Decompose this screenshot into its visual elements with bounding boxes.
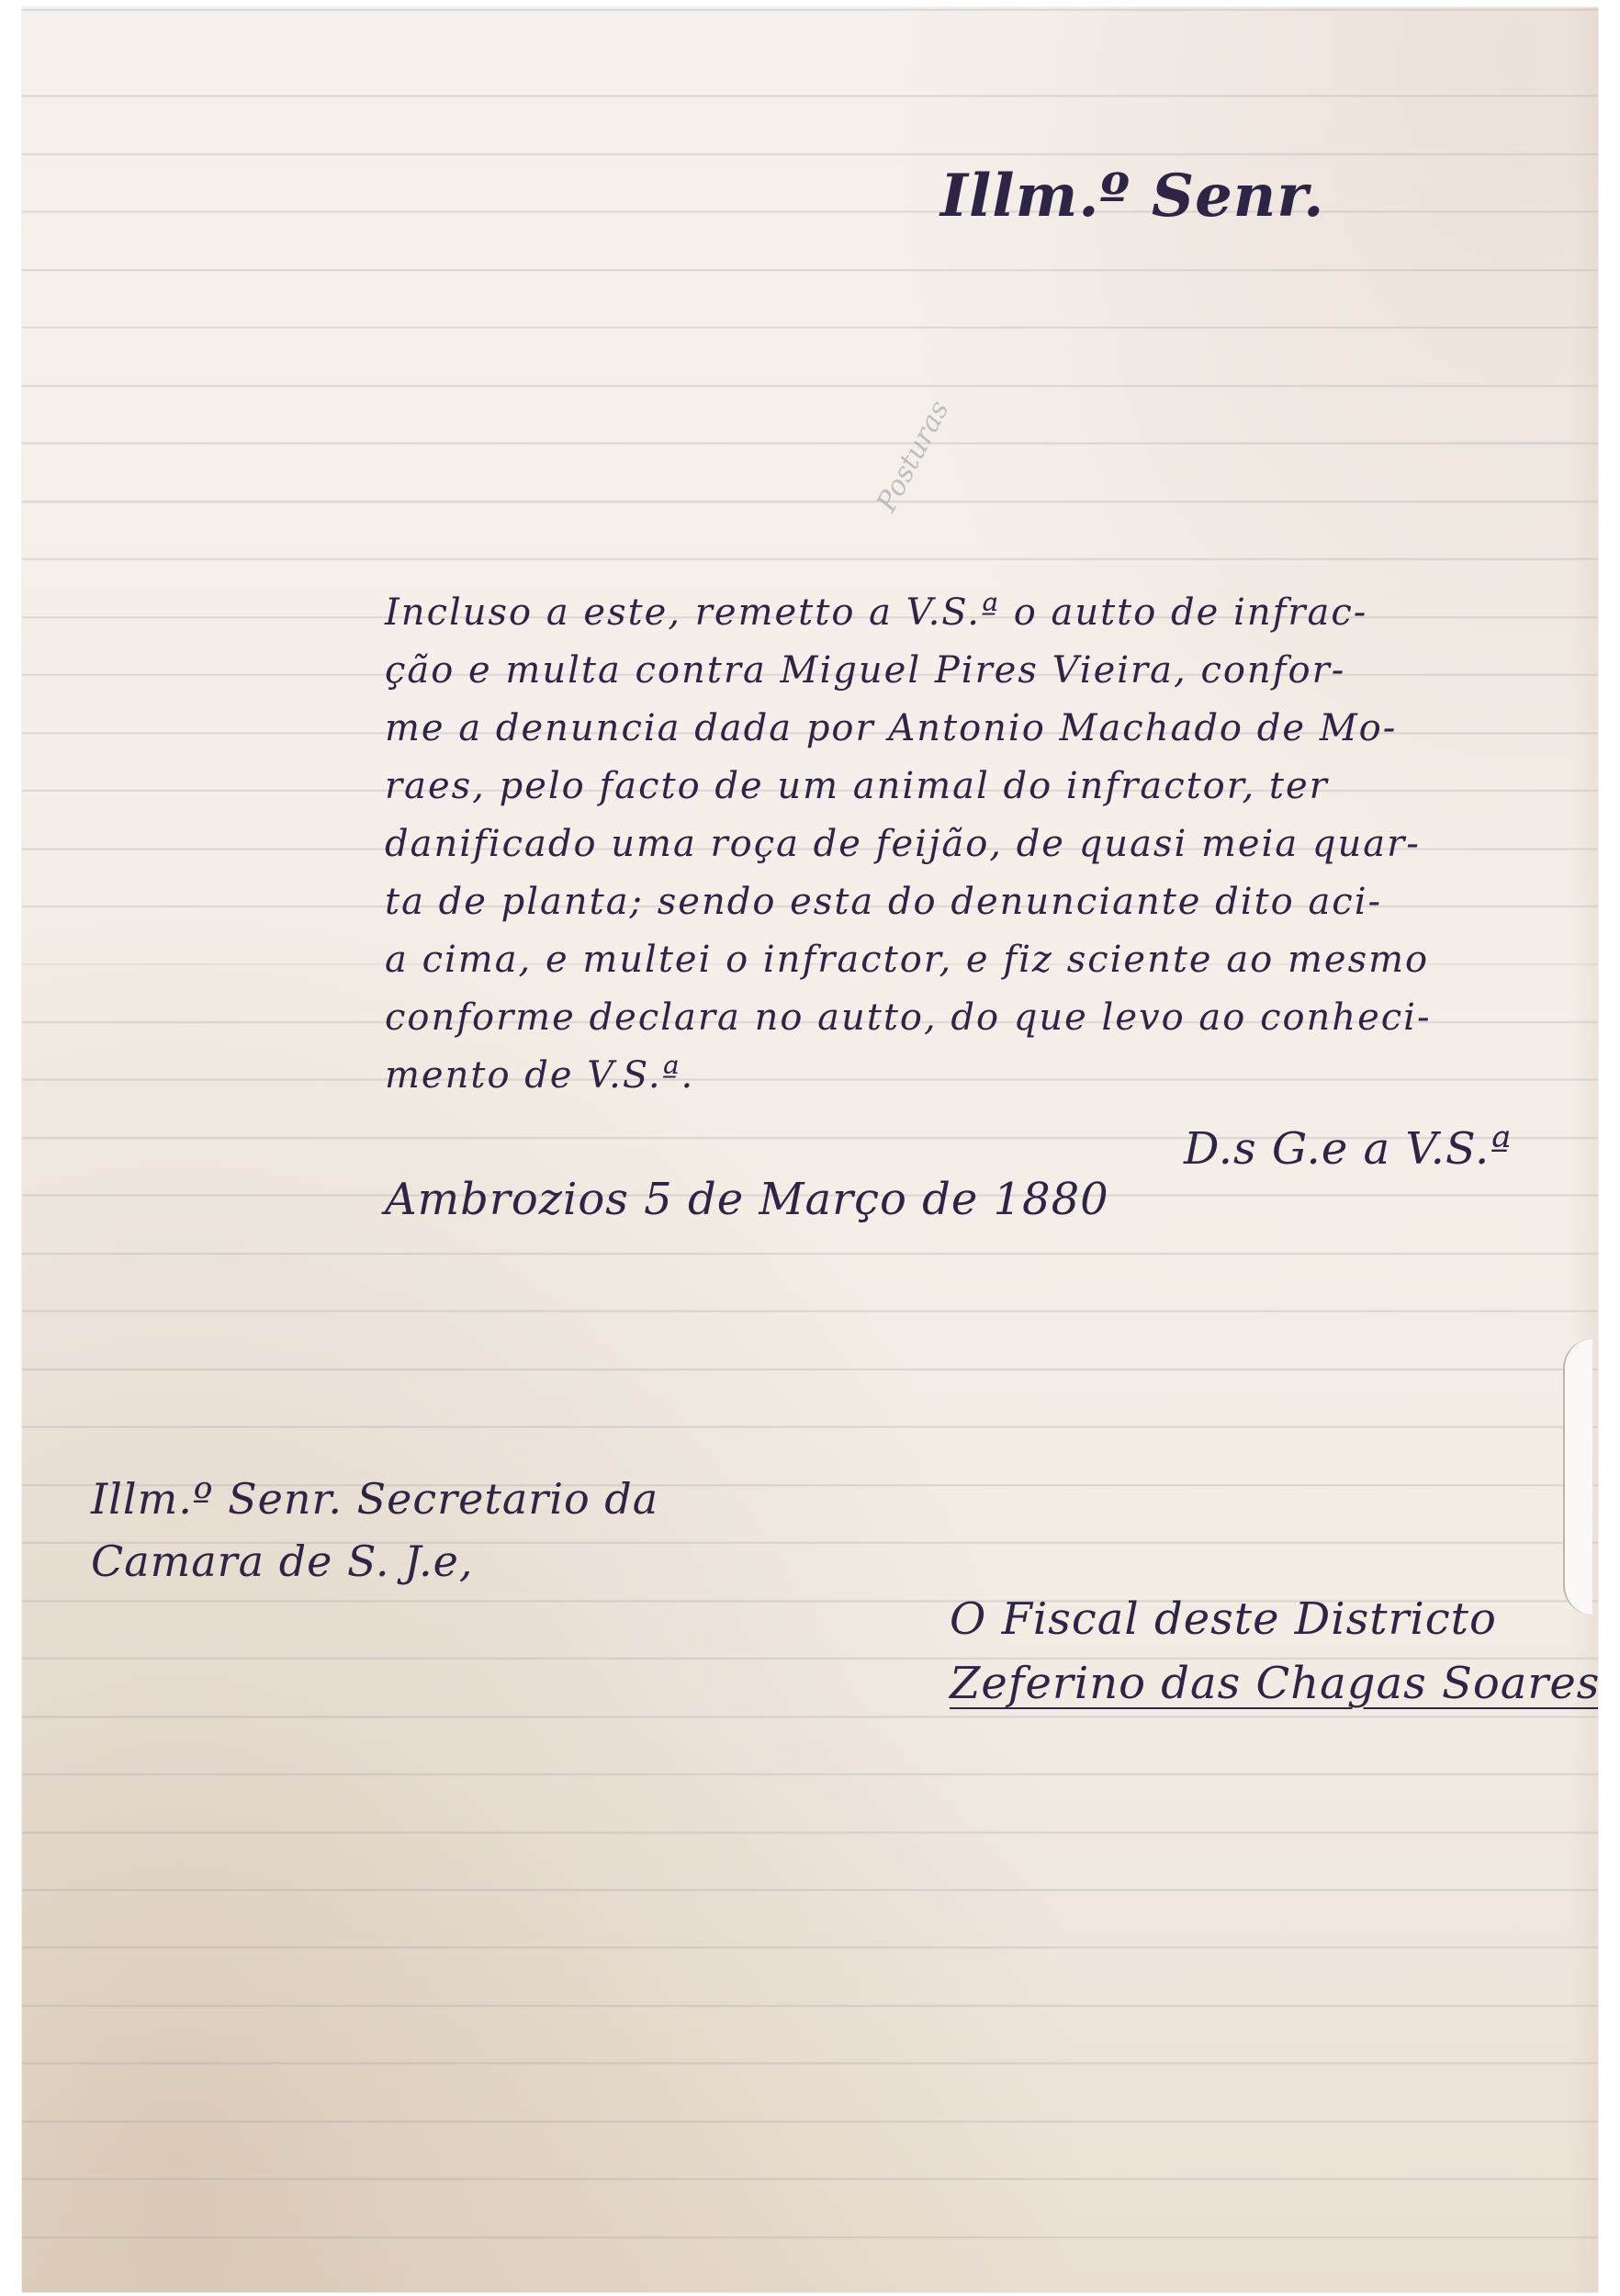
pencil-margin-note: Posturas [871, 396, 956, 517]
signature-name: Zeferino das Chagas Soares. [950, 1651, 1598, 1716]
addressee-block: Illm.º Senr. Secretario da Camara de S. … [91, 1468, 658, 1593]
body-line: Incluso a este, remetto a V.S.ª o autto … [385, 584, 1598, 642]
body-line: mento de V.S.ª. [385, 1047, 1598, 1105]
body-line: me a denuncia dada por Antonio Machado d… [385, 700, 1598, 758]
body-line: ta de planta; sendo esta do denunciante … [385, 873, 1598, 931]
letter-body: Incluso a este, remetto a V.S.ª o autto … [385, 584, 1598, 1105]
signature-title: O Fiscal deste Districto [950, 1587, 1598, 1651]
body-line: raes, pelo facto de um animal do infract… [385, 758, 1598, 816]
letter-sheet: Illm.º Senr. Posturas Incluso a este, re… [22, 7, 1598, 2292]
closing-formula: D.s G.e a V.S.ª [1184, 1123, 1512, 1175]
addressee-line-1: Illm.º Senr. Secretario da [91, 1468, 658, 1530]
place-and-date: Ambrozios 5 de Março de 1880 [385, 1174, 1109, 1225]
addressee-line-2: Camara de S. J.e, [91, 1530, 658, 1593]
body-line: danificado uma roça de feijão, de quasi … [385, 816, 1598, 873]
paper-edge-tear [1563, 1339, 1592, 1615]
signature-block: O Fiscal deste Districto Zeferino das Ch… [950, 1587, 1598, 1716]
paper-edge-shading [1570, 7, 1598, 2292]
body-line: conforme declara no autto, do que levo a… [385, 989, 1598, 1047]
body-line: ção e multa contra Miguel Pires Vieira, … [385, 642, 1598, 700]
salutation: Illm.º Senr. [940, 162, 1324, 231]
body-line: a cima, e multei o infractor, e fiz scie… [385, 931, 1598, 989]
